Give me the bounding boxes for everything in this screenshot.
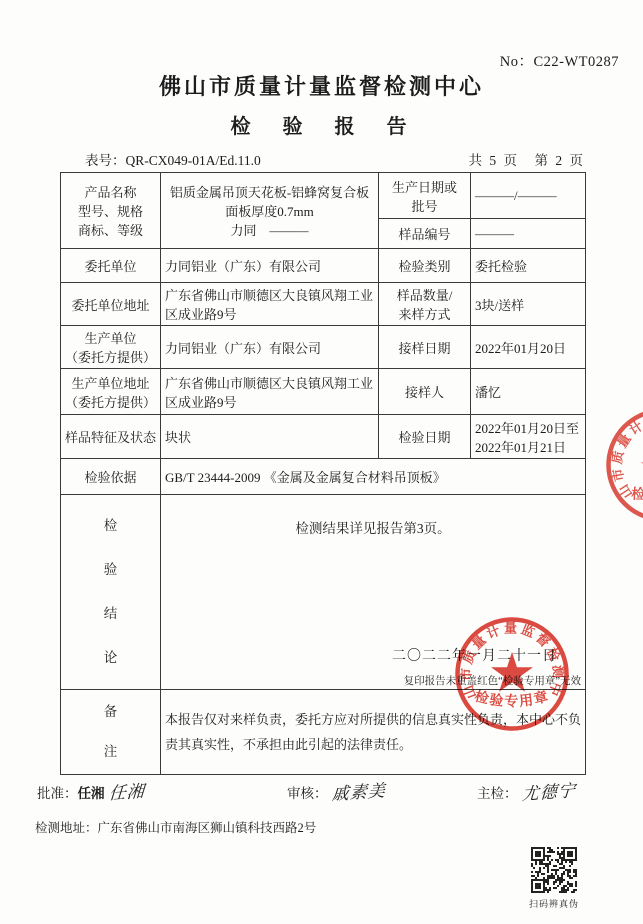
pagination: 共 5 页 第 2 页 xyxy=(469,149,586,169)
report-table: 产品名称 型号、规格 商标、等级 铝质金属吊顶天花板-铝蜂窝复合板 面板厚度0.… xyxy=(60,172,586,775)
client-value: 力同铝业（广东）有限公司 xyxy=(161,249,379,283)
report-page: No：C22-WT0287 佛山市质量计量监督检测中心 检 验 报 告 表号：Q… xyxy=(0,0,643,924)
prod-date-value: ———/——— xyxy=(471,173,586,219)
sample-state-value: 块状 xyxy=(161,415,379,459)
basis-label: 检验依据 xyxy=(61,459,161,495)
review-label: 审核： xyxy=(287,786,328,801)
review-signature-group: 审核：戚素美 xyxy=(287,778,386,803)
qr-caption: 扫码辨真伪 xyxy=(521,897,587,910)
chief-signature-group: 主检：尤德宁 xyxy=(477,778,576,803)
qr-code xyxy=(531,847,577,893)
remark-label: 备 注 xyxy=(61,690,161,775)
producer-label: 生产单位 （委托方提供） xyxy=(61,326,161,369)
recv-date-value: 2022年01月20日 xyxy=(471,326,586,369)
report-title: 检 验 报 告 xyxy=(0,110,643,139)
svg-text:佛山市质量计量监督检测中心: 佛山市质量计量监督检测中心 xyxy=(600,402,643,503)
org-title: 佛山市质量计量监督检测中心 xyxy=(0,70,643,101)
remark-value: 本报告仅对来样负责，委托方应对所提供的信息真实性负责，本中心不负责其真实性，不承… xyxy=(161,690,586,775)
form-number: 表号：QR-CX049-01A/Ed.11.0 xyxy=(85,149,261,169)
test-date-value: 2022年01月20日至 2022年01月21日 xyxy=(471,415,586,459)
lab-address: 检测地址：广东省佛山市南海区狮山镇科技西路2号 xyxy=(35,818,316,836)
producer-value: 力同铝业（广东）有限公司 xyxy=(161,326,379,369)
test-date-label: 检验日期 xyxy=(379,415,471,459)
producer-addr-label: 生产单位地址 （委托方提供） xyxy=(61,369,161,415)
stamp-bottom-text: 检验专用章 xyxy=(628,470,643,508)
client-label: 委托单位 xyxy=(61,249,161,283)
sample-state-label: 样品特征及状态 xyxy=(61,415,161,459)
prod-date-label: 生产日期或 批号 xyxy=(379,173,471,219)
doc-number: No：C22-WT0287 xyxy=(500,50,619,71)
sample-qty-label: 样品数量/ 来样方式 xyxy=(379,283,471,326)
producer-addr-value: 广东省佛山市顺德区大良镇风翔工业区成业路9号 xyxy=(161,369,379,415)
basis-value: GB/T 23444-2009 《金属及金属复合材料吊顶板》 xyxy=(161,459,586,495)
product-label: 产品名称 型号、规格 商标、等级 xyxy=(61,173,161,249)
conclusion-note: 复印报告未重盖红色“检验专用章”无效 xyxy=(404,673,581,688)
recv-date-label: 接样日期 xyxy=(379,326,471,369)
approve-signature-group: 批准：任湘任湘 xyxy=(37,778,145,803)
svg-text:检验专用章: 检验专用章 xyxy=(628,470,643,508)
product-value: 铝质金属吊顶天花板-铝蜂窝复合板 面板厚度0.7mm 力同 ——— xyxy=(161,173,379,249)
conclusion-label: 检 验 结 论 xyxy=(61,495,161,690)
receiver-value: 潘忆 xyxy=(471,369,586,415)
approve-signature: 任湘 xyxy=(108,777,146,805)
conclusion-date: 二〇二二年一月二十一日 xyxy=(392,645,557,665)
test-type-value: 委托检验 xyxy=(471,249,586,283)
client-addr-label: 委托单位地址 xyxy=(61,283,161,326)
sample-no-value: ——— xyxy=(471,219,586,249)
sample-no-label: 样品编号 xyxy=(379,219,471,249)
sample-qty-value: 3块/送样 xyxy=(471,283,586,326)
approve-name: 任湘 xyxy=(78,786,105,801)
chief-signature: 尤德宁 xyxy=(521,776,577,805)
conclusion-body: 检测结果详见报告第3页。 xyxy=(161,517,585,537)
stamp-ring-text: 佛山市质量计量监督检测中心 xyxy=(600,402,643,503)
approve-label: 批准： xyxy=(37,786,78,801)
stamp-star-icon xyxy=(638,439,643,487)
edge-stamp: 佛山市质量计量监督检测中心 检验专用章 xyxy=(589,391,643,538)
client-addr-value: 广东省佛山市顺德区大良镇风翔工业区成业路9号 xyxy=(161,283,379,326)
receiver-label: 接样人 xyxy=(379,369,471,415)
stamp-ring xyxy=(598,400,643,529)
test-type-label: 检验类别 xyxy=(379,249,471,283)
chief-label: 主检： xyxy=(477,786,518,801)
conclusion-cell: 检测结果详见报告第3页。 二〇二二年一月二十一日 复印报告未重盖红色“检验专用章… xyxy=(161,495,586,690)
review-signature: 戚素美 xyxy=(331,776,387,805)
